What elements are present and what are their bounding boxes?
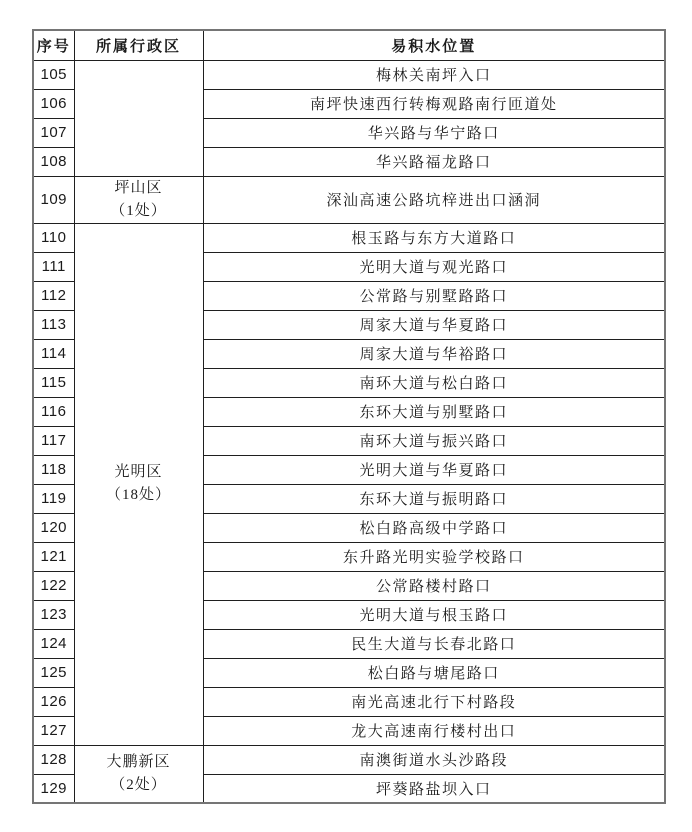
location-cell: 光明大道与根玉路口 [203,600,665,629]
district-label-line: （2处） [75,774,203,797]
row-number-cell: 106 [33,89,74,118]
table-header: 序号 所属行政区 易积水位置 [33,30,665,60]
location-cell: 华兴路福龙路口 [203,147,665,176]
location-cell: 梅林关南坪入口 [203,60,665,89]
location-cell: 南坪快速西行转梅观路南行匝道处 [203,89,665,118]
row-number-cell: 108 [33,147,74,176]
district-label-line: （1处） [75,200,203,223]
location-cell: 南环大道与振兴路口 [203,426,665,455]
flood-location-table: 序号 所属行政区 易积水位置 105梅林关南坪入口106南坪快速西行转梅观路南行… [32,29,666,804]
location-cell: 东升路光明实验学校路口 [203,542,665,571]
district-cell [74,60,203,176]
location-cell: 南环大道与松白路口 [203,368,665,397]
row-number-cell: 107 [33,118,74,147]
location-cell: 南澳街道水头沙路段 [203,745,665,774]
location-cell: 公常路与别墅路路口 [203,281,665,310]
location-cell: 光明大道与观光路口 [203,252,665,281]
location-cell: 松白路与塘尾路口 [203,658,665,687]
header-district: 所属行政区 [74,30,203,60]
row-number-cell: 118 [33,455,74,484]
row-number-cell: 116 [33,397,74,426]
table-body: 105梅林关南坪入口106南坪快速西行转梅观路南行匝道处107华兴路与华宁路口1… [33,60,665,803]
table-row: 128大鹏新区（2处）南澳街道水头沙路段 [33,745,665,774]
location-cell: 南光高速北行下村路段 [203,687,665,716]
table-row: 109坪山区（1处）深汕高速公路坑梓进出口涵洞 [33,176,665,223]
table-row: 105梅林关南坪入口 [33,60,665,89]
row-number-cell: 122 [33,571,74,600]
location-cell: 龙大高速南行楼村出口 [203,716,665,745]
location-cell: 东环大道与振明路口 [203,484,665,513]
location-cell: 公常路楼村路口 [203,571,665,600]
location-cell: 周家大道与华夏路口 [203,310,665,339]
location-cell: 周家大道与华裕路口 [203,339,665,368]
district-label-line: 坪山区 [75,177,203,200]
district-label-line: 大鹏新区 [75,751,203,774]
location-cell: 华兴路与华宁路口 [203,118,665,147]
row-number-cell: 105 [33,60,74,89]
district-label-line: 光明区 [75,461,203,484]
row-number-cell: 123 [33,600,74,629]
district-cell: 光明区（18处） [74,223,203,745]
row-number-cell: 114 [33,339,74,368]
row-number-cell: 117 [33,426,74,455]
header-serial-number: 序号 [33,30,74,60]
row-number-cell: 112 [33,281,74,310]
location-cell: 光明大道与华夏路口 [203,455,665,484]
row-number-cell: 110 [33,223,74,252]
row-number-cell: 129 [33,774,74,803]
row-number-cell: 126 [33,687,74,716]
header-row: 序号 所属行政区 易积水位置 [33,30,665,60]
location-cell: 根玉路与东方大道路口 [203,223,665,252]
header-flood-location: 易积水位置 [203,30,665,60]
table-row: 110光明区（18处）根玉路与东方大道路口 [33,223,665,252]
row-number-cell: 111 [33,252,74,281]
district-cell: 坪山区（1处） [74,176,203,223]
row-number-cell: 119 [33,484,74,513]
row-number-cell: 128 [33,745,74,774]
location-cell: 深汕高速公路坑梓进出口涵洞 [203,176,665,223]
location-cell: 东环大道与别墅路口 [203,397,665,426]
row-number-cell: 125 [33,658,74,687]
row-number-cell: 124 [33,629,74,658]
row-number-cell: 120 [33,513,74,542]
row-number-cell: 115 [33,368,74,397]
location-cell: 民生大道与长春北路口 [203,629,665,658]
row-number-cell: 127 [33,716,74,745]
row-number-cell: 121 [33,542,74,571]
district-cell: 大鹏新区（2处） [74,745,203,803]
row-number-cell: 113 [33,310,74,339]
district-label-line: （18处） [75,484,203,507]
location-cell: 坪葵路盐坝入口 [203,774,665,803]
location-cell: 松白路高级中学路口 [203,513,665,542]
row-number-cell: 109 [33,176,74,223]
